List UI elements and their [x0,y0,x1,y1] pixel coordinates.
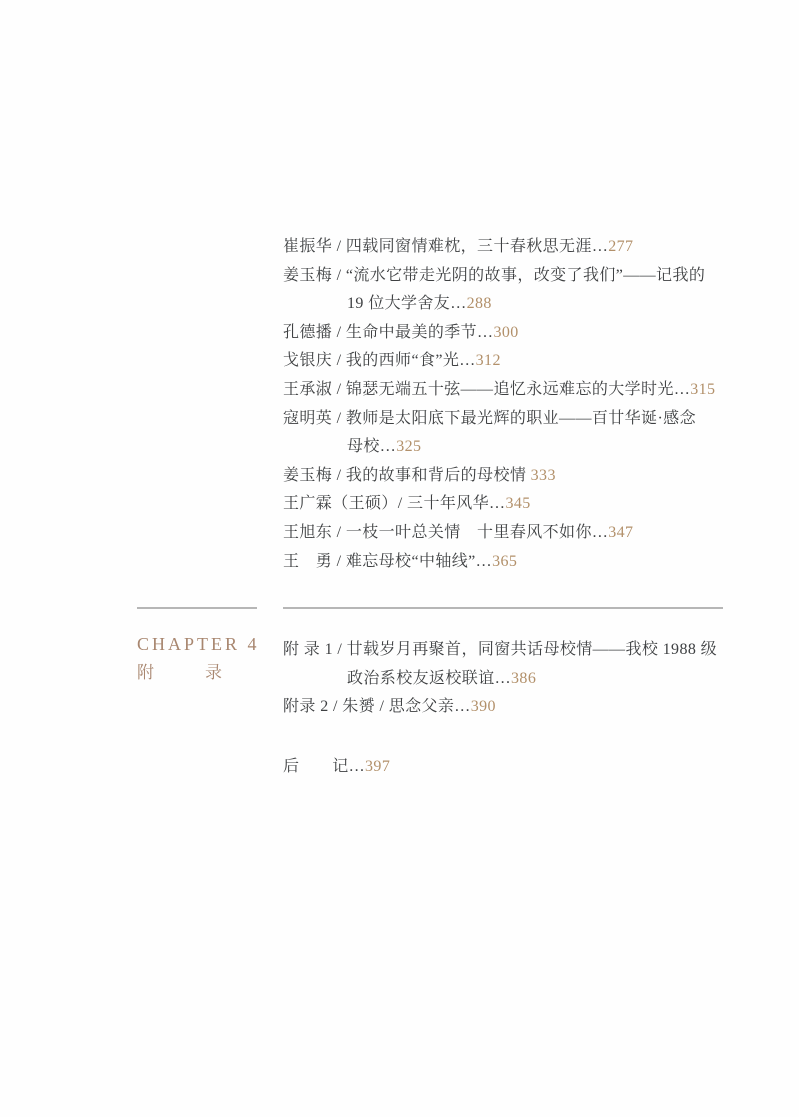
toc-entry-page: 333 [531,467,556,484]
toc-entry-text: 王承淑 / 锦瑟无端五十弦——追忆永远难忘的大学时光… [283,381,690,398]
toc-entry-text: 姜玉梅 / 我的故事和背后的母校情 [283,467,531,484]
appendix-entry-continuation: 政治系校友返校联谊…386 [283,665,753,694]
toc-entry-page: 325 [396,438,421,455]
toc-entry-text: 姜玉梅 / “流水它带走光阴的故事，改变了我们”——记我的 [283,267,705,284]
chapter-divider-line [137,607,257,609]
toc-entry-text: 王 勇 / 难忘母校“中轴线”… [283,553,492,570]
appendix-entry-page: 386 [511,670,536,687]
appendix-entry: 附 录 1 / 廿载岁月再聚首，同窗共话母校情——我校 1988 级 [283,636,753,665]
appendix-entry: 附录 2 / 朱赟 / 思念父亲…390 [283,693,753,722]
postscript-page: 397 [365,758,390,775]
toc-entry: 姜玉梅 / 我的故事和背后的母校情 333 [283,462,753,491]
toc-entry-continuation: 母校…325 [283,433,753,462]
chapter-title: 附 录 [137,661,260,684]
toc-entry: 王广霖（王硕）/ 三十年风华…345 [283,490,753,519]
chapter-heading: CHAPTER 4 附 录 [137,633,260,684]
toc-entry-page: 315 [690,381,715,398]
toc-entry: 寇明英 / 教师是太阳底下最光辉的职业——百廿华诞·感念 [283,405,753,434]
appendix-entry-text: 附 录 1 / 廿载岁月再聚首，同窗共话母校情——我校 1988 级 [283,641,717,658]
appendix-entry-text: 附录 2 / 朱赟 / 思念父亲… [283,698,471,715]
toc-entry: 王承淑 / 锦瑟无端五十弦——追忆永远难忘的大学时光…315 [283,376,753,405]
toc-entry-text: 母校… [347,438,396,455]
toc-entry-page: 312 [476,352,501,369]
toc-entry-page: 347 [608,524,633,541]
toc-entry-page: 365 [492,553,517,570]
toc-entry: 姜玉梅 / “流水它带走光阴的故事，改变了我们”——记我的 [283,262,753,291]
toc-entry: 戈银庆 / 我的西师“食”光…312 [283,347,753,376]
toc-entry: 崔振华 / 四载同窗情难枕，三十春秋思无涯…277 [283,233,753,262]
toc-entry-text: 19 位大学舍友… [347,295,467,312]
toc-entry-text: 孔德播 / 生命中最美的季节… [283,324,493,341]
toc-entry-text: 寇明英 / 教师是太阳底下最光辉的职业——百廿华诞·感念 [283,410,696,427]
toc-entry: 王旭东 / 一枝一叶总关情 十里春风不如你…347 [283,519,753,548]
toc-entry-page: 300 [493,324,518,341]
toc-entry-continuation: 19 位大学舍友…288 [283,290,753,319]
toc-entry: 王 勇 / 难忘母校“中轴线”…365 [283,548,753,577]
toc-entry-page: 277 [608,238,633,255]
toc-entry-page: 288 [467,295,492,312]
toc-entry-text: 戈银庆 / 我的西师“食”光… [283,352,476,369]
appendix-list: 附 录 1 / 廿载岁月再聚首，同窗共话母校情——我校 1988 级 政治系校友… [283,636,753,722]
toc-entry: 孔德播 / 生命中最美的季节…300 [283,319,753,348]
chapter-number-label: CHAPTER 4 [137,633,260,656]
toc-entry-text: 王旭东 / 一枝一叶总关情 十里春风不如你… [283,524,608,541]
postscript-entry: 后 记…397 [283,753,390,782]
content-divider-line [283,607,723,609]
book-toc-page: 崔振华 / 四载同窗情难枕，三十春秋思无涯…277 姜玉梅 / “流水它带走光阴… [0,0,799,1117]
toc-entry-text: 王广霖（王硕）/ 三十年风华… [283,495,505,512]
appendix-entry-page: 390 [471,698,496,715]
appendix-entry-text: 政治系校友返校联谊… [347,670,511,687]
toc-entry-page: 345 [505,495,530,512]
toc-list: 崔振华 / 四载同窗情难枕，三十春秋思无涯…277 姜玉梅 / “流水它带走光阴… [283,233,753,576]
toc-entry-text: 崔振华 / 四载同窗情难枕，三十春秋思无涯… [283,238,608,255]
postscript-text: 后 记… [283,758,365,775]
